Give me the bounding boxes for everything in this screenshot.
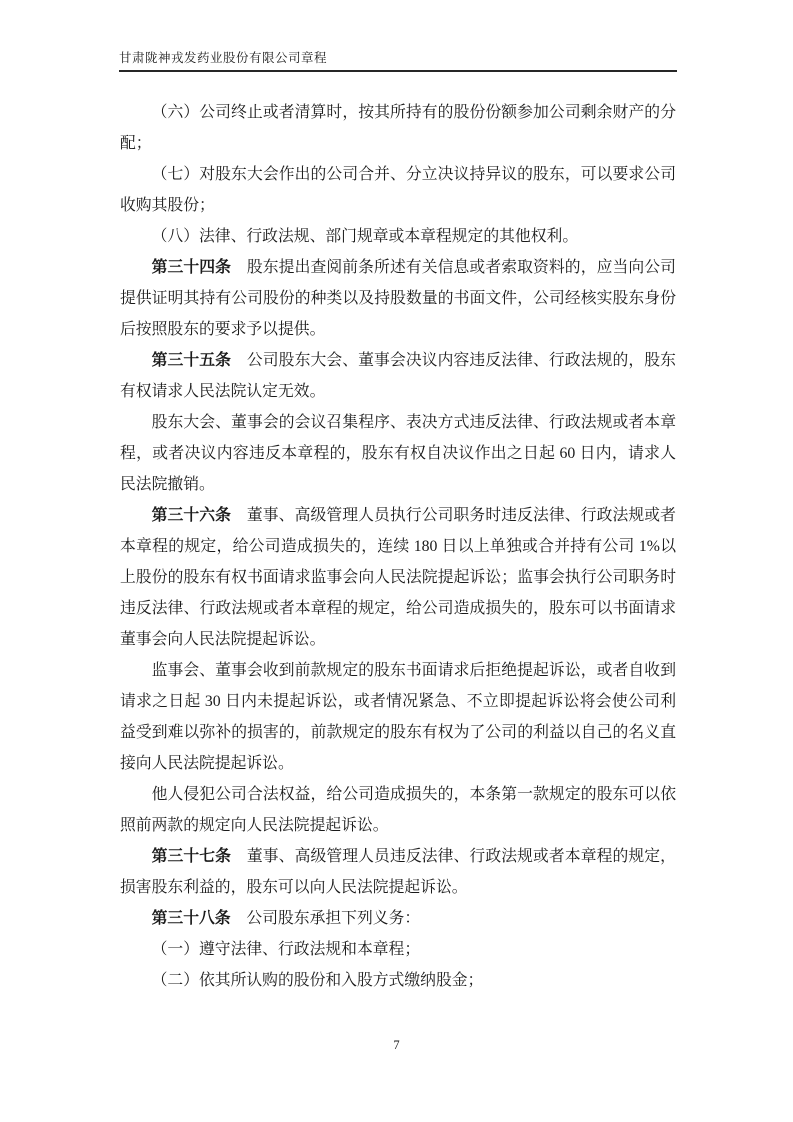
paragraph: （七）对股东大会作出的公司合并、分立决议持异议的股东，可以要求公司收购其股份； [120, 159, 676, 221]
page-number: 7 [393, 1038, 399, 1052]
paragraph: 第三十八条公司股东承担下列义务： [120, 903, 676, 934]
paragraph-text: 董事、高级管理人员执行公司职务时违反法律、行政法规或者本章程的规定，给公司造成损… [120, 507, 676, 648]
paragraph-text: 监事会、董事会收到前款规定的股东书面请求后拒绝提起诉讼，或者自收到请求之日起 3… [120, 662, 676, 772]
paragraph-text: （六）公司终止或者清算时，按其所持有的股份份额参加公司剩余财产的分配； [120, 104, 676, 152]
paragraph: 第三十四条股东提出查阅前条所述有关信息或者索取资料的，应当向公司提供证明其持有公… [120, 252, 676, 345]
paragraph: 他人侵犯公司合法权益，给公司造成损失的，本条第一款规定的股东可以依照前两款的规定… [120, 779, 676, 841]
document-body: （六）公司终止或者清算时，按其所持有的股份份额参加公司剩余财产的分配； （七）对… [120, 97, 676, 996]
article-number: 第三十五条 [152, 352, 231, 369]
paragraph: （二）依其所认购的股份和入股方式缴纳股金； [120, 965, 676, 996]
paragraph: 第三十六条董事、高级管理人员执行公司职务时违反法律、行政法规或者本章程的规定，给… [120, 500, 676, 655]
paragraph: （一）遵守法律、行政法规和本章程； [120, 934, 676, 965]
article-number: 第三十八条 [152, 910, 231, 927]
paragraph: 第三十七条董事、高级管理人员违反法律、行政法规或者本章程的规定，损害股东利益的，… [120, 841, 676, 903]
paragraph: （八）法律、行政法规、部门规章或本章程规定的其他权利。 [120, 221, 676, 252]
paragraph-text: （八）法律、行政法规、部门规章或本章程规定的其他权利。 [152, 228, 579, 245]
header-rule [119, 70, 677, 72]
paragraph-text: 股东大会、董事会的会议召集程序、表决方式违反法律、行政法规或者本章程，或者决议内… [120, 414, 676, 493]
paragraph-text: （一）遵守法律、行政法规和本章程； [152, 941, 421, 958]
article-number: 第三十七条 [152, 848, 231, 865]
paragraph: 第三十五条公司股东大会、董事会决议内容违反法律、行政法规的，股东有权请求人民法院… [120, 345, 676, 407]
paragraph-text: 他人侵犯公司合法权益，给公司造成损失的，本条第一款规定的股东可以依照前两款的规定… [120, 786, 676, 834]
header-title: 甘肃陇神戎发药业股份有限公司章程 [119, 50, 677, 67]
article-number: 第三十四条 [152, 259, 231, 276]
paragraph-text: （二）依其所认购的股份和入股方式缴纳股金； [152, 972, 484, 989]
document-page: 甘肃陇神戎发药业股份有限公司章程 （六）公司终止或者清算时，按其所持有的股份份额… [0, 0, 793, 1122]
paragraph-text: 公司股东承担下列义务： [246, 910, 420, 927]
paragraph: 监事会、董事会收到前款规定的股东书面请求后拒绝提起诉讼，或者自收到请求之日起 3… [120, 655, 676, 779]
paragraph-text: （七）对股东大会作出的公司合并、分立决议持异议的股东，可以要求公司收购其股份； [120, 166, 676, 214]
paragraph: 股东大会、董事会的会议召集程序、表决方式违反法律、行政法规或者本章程，或者决议内… [120, 407, 676, 500]
page-header: 甘肃陇神戎发药业股份有限公司章程 [119, 50, 677, 72]
article-number: 第三十六条 [152, 507, 231, 524]
page-footer: 7 [0, 1038, 793, 1053]
paragraph: （六）公司终止或者清算时，按其所持有的股份份额参加公司剩余财产的分配； [120, 97, 676, 159]
